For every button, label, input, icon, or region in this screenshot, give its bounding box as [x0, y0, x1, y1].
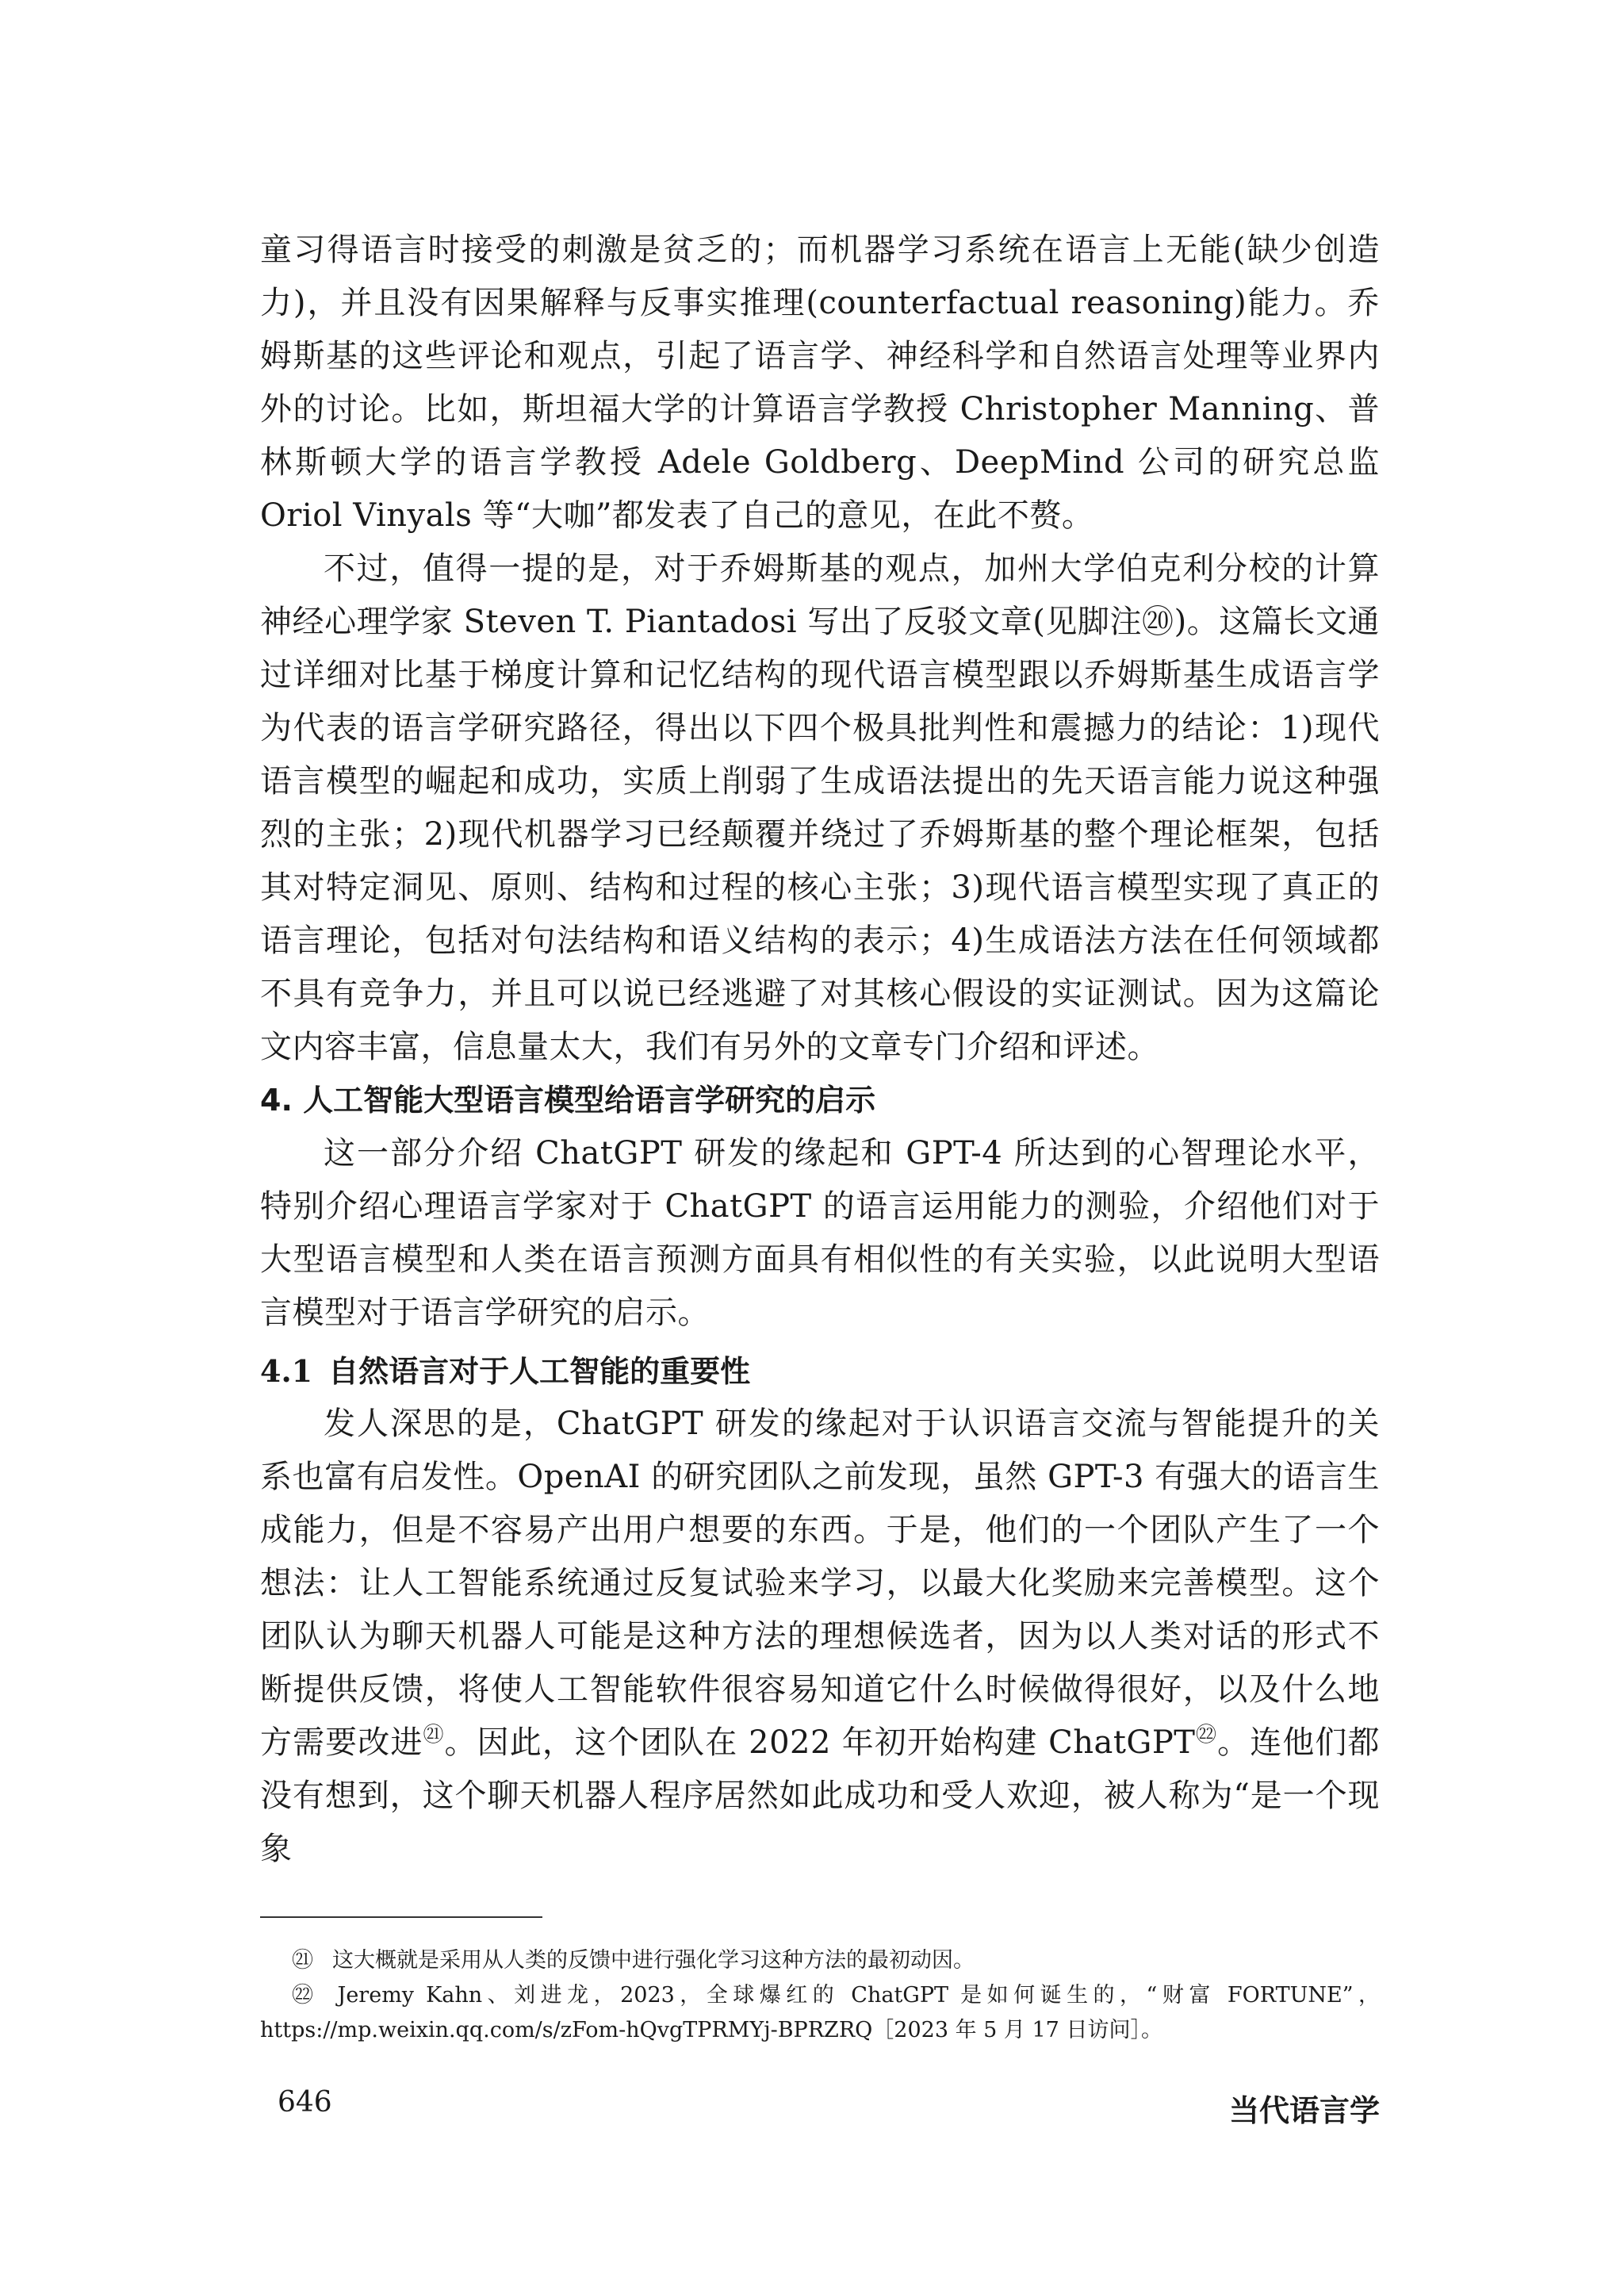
footnotes: ㉑这大概就是采用从人类的反馈中进行强化学习这种方法的最初动因。 ㉒Jeremy … [260, 1943, 1380, 2048]
footnote-divider [260, 1916, 542, 1918]
paragraph-piantadosi: 不过，值得一提的是，对于乔姆斯基的观点，加州大学伯克利分校的计算神经心理学家 S… [260, 543, 1380, 1074]
journal-name: 当代语言学 [1229, 2086, 1380, 2130]
page-number: 646 [278, 2086, 332, 2119]
footnote-mark: ㉒ [292, 1983, 319, 2008]
footnote-text: Jeremy Kahn、刘进龙，2023，全球爆红的 ChatGPT 是如何诞生… [260, 1983, 1380, 2042]
footnote-21: ㉑这大概就是采用从人类的反馈中进行强化学习这种方法的最初动因。 [260, 1943, 1380, 1978]
footnote-text: 这大概就是采用从人类的反馈中进行强化学习这种方法的最初动因。 [332, 1948, 975, 1973]
section-heading: 4. 人工智能大型语言模型给语言学研究的启示 [260, 1074, 1380, 1127]
paragraph-text: 发人深思的是，ChatGPT 研发的缘起对于认识语言交流与智能提升的关系也富有启… [260, 1406, 1380, 1761]
paragraph-text: 。因此，这个团队在 2022 年初开始构建 ChatGPT [445, 1724, 1196, 1761]
paragraph-continued: 童习得语言时接受的刺激是贫乏的；而机器学习系统在语言上无能(缺少创造力)，并且没… [260, 224, 1380, 543]
page-body: 童习得语言时接受的刺激是贫乏的；而机器学习系统在语言上无能(缺少创造力)，并且没… [260, 224, 1380, 1876]
subsection-heading: 4.1自然语言对于人工智能的重要性 [260, 1344, 1380, 1398]
section-intro: 这一部分介绍 ChatGPT 研发的缘起和 GPT-4 所达到的心智理论水平，特… [260, 1127, 1380, 1340]
footnote-22: ㉒Jeremy Kahn、刘进龙，2023，全球爆红的 ChatGPT 是如何诞… [260, 1978, 1380, 2048]
subsection-paragraph: 发人深思的是，ChatGPT 研发的缘起对于认识语言交流与智能提升的关系也富有启… [260, 1398, 1380, 1876]
footnote-mark: ㉑ [292, 1948, 313, 1973]
footnote-ref-22[interactable]: ㉒ [1195, 1724, 1217, 1747]
page-footer: 646 当代语言学 [278, 2086, 1380, 2134]
subsection-title: 自然语言对于人工智能的重要性 [328, 1353, 750, 1389]
footnote-ref-21[interactable]: ㉑ [423, 1724, 444, 1747]
subsection-number: 4.1 [260, 1353, 312, 1389]
